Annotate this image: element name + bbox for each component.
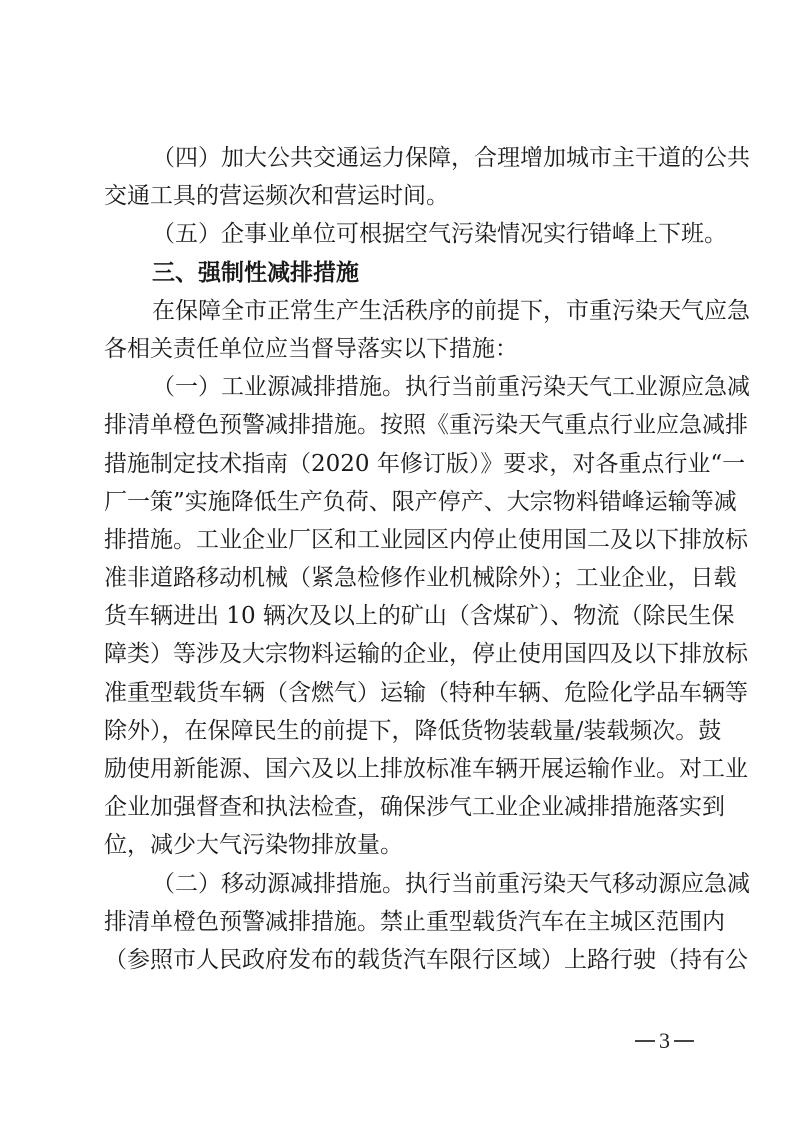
section-heading: 三、强制性减排措施 xyxy=(104,254,690,292)
paragraph-line: 排清单橙色预警减排措施。按照《重污染天气重点行业应急减排 xyxy=(104,406,690,444)
document-page: （四）加大公共交通运力保障，合理增加城市主干道的公共 交通工具的营运频次和营运时… xyxy=(0,0,793,1122)
paragraph-line: 企业加强督查和执法检查，确保涉气工业企业减排措施落实到 xyxy=(104,788,690,826)
dash-right-icon xyxy=(674,1040,694,1042)
paragraph-line: 准非道路移动机械（紧急检修作业机械除外）；工业企业，日载 xyxy=(104,559,690,597)
paragraph-line: （四）加大公共交通运力保障，合理增加城市主干道的公共 xyxy=(104,139,690,177)
paragraph-line: 各相关责任单位应当督导落实以下措施： xyxy=(104,330,690,368)
body-text: （四）加大公共交通运力保障，合理增加城市主干道的公共 交通工具的营运频次和营运时… xyxy=(104,139,690,979)
paragraph-line: 除外），在保障民生的前提下，降低货物装载量/装载频次。鼓 xyxy=(104,712,690,750)
page-number-value: 3 xyxy=(659,1028,670,1054)
paragraph-line: 位，减少大气污染物排放量。 xyxy=(104,826,690,864)
paragraph-line: 货车辆进出 10 辆次及以上的矿山（含煤矿）、物流（除民生保 xyxy=(104,597,690,635)
paragraph-line: 在保障全市正常生产生活秩序的前提下，市重污染天气应急 xyxy=(104,292,690,330)
paragraph-line: （五）企事业单位可根据空气污染情况实行错峰上下班。 xyxy=(104,215,690,253)
page-number: 3 xyxy=(635,1028,694,1054)
paragraph-line: 交通工具的营运频次和营运时间。 xyxy=(104,177,690,215)
paragraph-line: （二）移动源减排措施。执行当前重污染天气移动源应急减 xyxy=(104,865,690,903)
dash-left-icon xyxy=(635,1040,655,1042)
paragraph-line: 排措施。工业企业厂区和工业园区内停止使用国二及以下排放标 xyxy=(104,521,690,559)
paragraph-line: （参照市人民政府发布的载货汽车限行区域）上路行驶（持有公 xyxy=(104,941,690,979)
paragraph-line: 障类）等涉及大宗物料运输的企业，停止使用国四及以下排放标 xyxy=(104,635,690,673)
paragraph-line: 措施制定技术指南（2020 年修订版）》要求，对各重点行业“一 xyxy=(104,445,690,483)
paragraph-line: （一）工业源减排措施。执行当前重污染天气工业源应急减 xyxy=(104,368,690,406)
paragraph-line: 励使用新能源、国六及以上排放标准车辆开展运输作业。对工业 xyxy=(104,750,690,788)
paragraph-line: 准重型载货车辆（含燃气）运输（特种车辆、危险化学品车辆等 xyxy=(104,674,690,712)
paragraph-line: 厂一策”实施降低生产负荷、限产停产、大宗物料错峰运输等减 xyxy=(104,483,690,521)
paragraph-line: 排清单橙色预警减排措施。禁止重型载货汽车在主城区范围内 xyxy=(104,903,690,941)
